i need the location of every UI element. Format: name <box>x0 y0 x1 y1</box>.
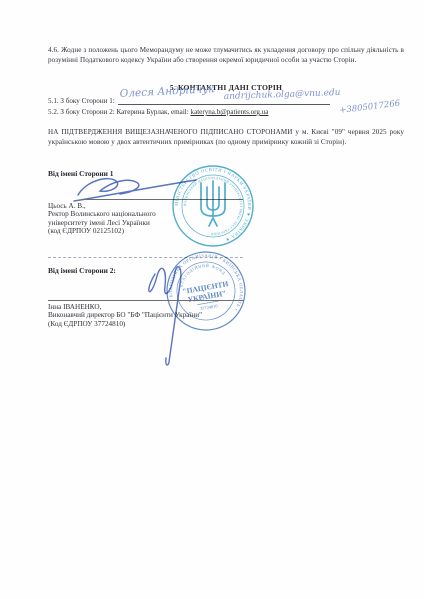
clause-4-6-paragraph: 4.6. Жодне з положень цього Меморандуму … <box>48 46 404 65</box>
confirmation-paragraph: НА ПІДТВЕРДЖЕННЯ ВИЩЕЗАЗНАЧЕНОГО ПІДПИСА… <box>48 128 404 147</box>
section-5-heading: 5. КОНТАКТНІ ДАНІ СТОРІН <box>48 83 404 92</box>
trident-icon <box>201 181 225 226</box>
party2-name: Інна ІВАНЕНКО, <box>48 303 278 311</box>
party2-details: Інна ІВАНЕНКО, Виконавчий директор БО "Б… <box>48 303 278 328</box>
party2-signature-line <box>48 300 244 301</box>
party2-heading: Від імені Сторони 2: <box>48 266 116 275</box>
party2-edrpou-code: (Код ЄДРПОУ 37724810) <box>48 320 278 328</box>
contact-5-2-label: 5.2. З боку Сторони 2: <box>48 108 115 116</box>
contact-5-1-label: 5.1. З боку Сторони 1: <box>48 97 115 105</box>
contact-line-5-2: 5.2. З боку Сторони 2: Катерина Бурлак, … <box>48 108 418 116</box>
contact-5-2-email-link[interactable]: kateryna.b@patients.org.ua <box>191 108 269 116</box>
university-stamp: МІНІСТЕРСТВО ОСВІТИ І НАУКИ УКРАЇНИ ★ УК… <box>171 164 255 248</box>
contact-5-1-blank-line <box>118 104 330 105</box>
party2-role: Виконавчий директор БО "БФ "Пацієнти Укр… <box>48 311 278 319</box>
document-page: 4.6. Жодне з положень цього Меморандуму … <box>0 0 424 599</box>
contact-5-2-value: Катерина Бурлак, email: <box>117 108 189 116</box>
